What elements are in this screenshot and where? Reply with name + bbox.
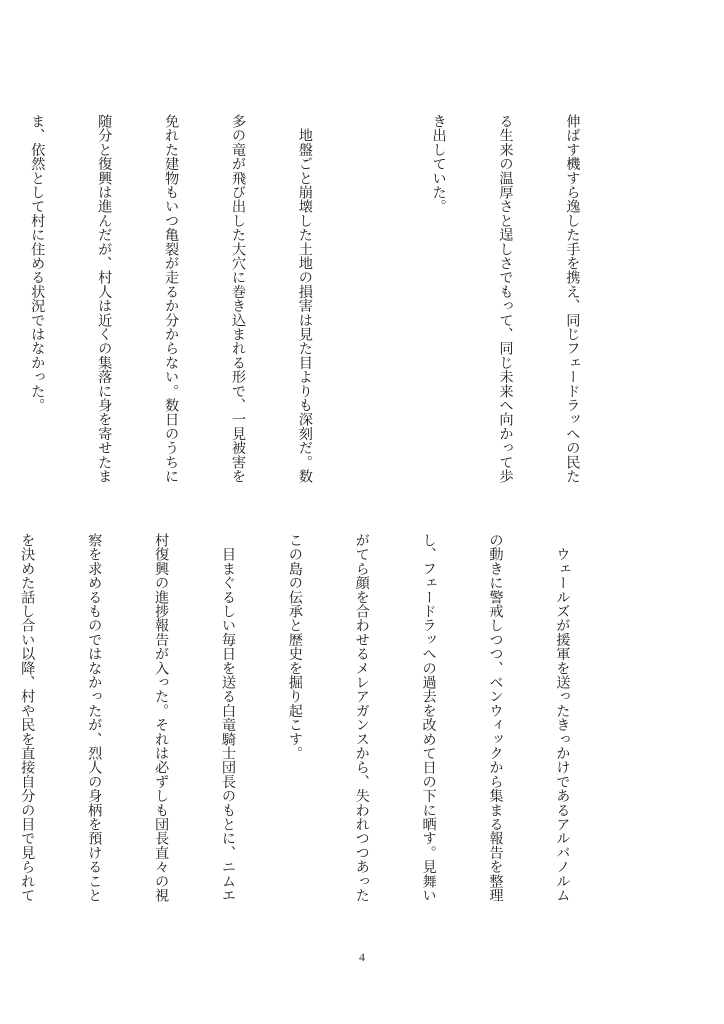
text-line: の動きに警戒しつつ、ベンウィックから集まる報告を整理 [484, 533, 506, 913]
text-line: を決めた話し合い以降、村や民を直接自分の目で見られて [16, 533, 38, 913]
text-line: る生来の温厚さと逞しさでもって、同じ未来へ向かって歩 [494, 114, 516, 494]
text-line: 地盤ごと崩壊した土地の損害は見た目よりも深刻だ。数 [294, 114, 316, 494]
upper-text-block: 伸ばす機すら逸した手を携え、同じフェードラッへの民た る生来の温厚さと逞しさでも… [98, 114, 628, 494]
page-number: 4 [0, 950, 724, 965]
lower-text-block: ウェールズが援軍を送ったきっかけであるアルバノルム の動きに警戒しつつ、ベンウィ… [98, 533, 618, 913]
text-line: 随分と復興は進んだが、村人は近くの集落に身を寄せたま [93, 114, 115, 494]
text-line: 伸ばす機すら逸した手を携え、同じフェードラッへの民た [561, 114, 583, 494]
text-line: 目まぐるしい毎日を送る白竜騎士団長のもとに、ニムエ [217, 533, 239, 913]
text-line [360, 114, 382, 494]
text-line: ウェールズが援軍を送ったきっかけであるアルバノルム [551, 533, 573, 913]
text-line: き出していた。 [427, 114, 449, 494]
text-line: ま、依然として村に住める状況ではなかった。 [26, 114, 48, 494]
text-line: 村復興の進捗報告が入った。それは必ずしも団長直々の視 [150, 533, 172, 913]
text-line: 多の竜が飛び出した大穴に巻き込まれる形で、一見被害を [227, 114, 249, 494]
text-line: 察を求めるものではなかったが、烈人の身柄を預けること [83, 533, 105, 913]
text-line: がてら顔を合わせるメレアガンスから、失われつつあった [350, 533, 372, 913]
text-line: し、フェードラッへの過去を改めて日の下に晒す。見舞い [417, 533, 439, 913]
text-line: この島の伝承と歴史を掘り起こす。 [284, 533, 306, 913]
text-line: 免れた建物もいつ亀裂が走るか分からない。数日のうちに [160, 114, 182, 494]
